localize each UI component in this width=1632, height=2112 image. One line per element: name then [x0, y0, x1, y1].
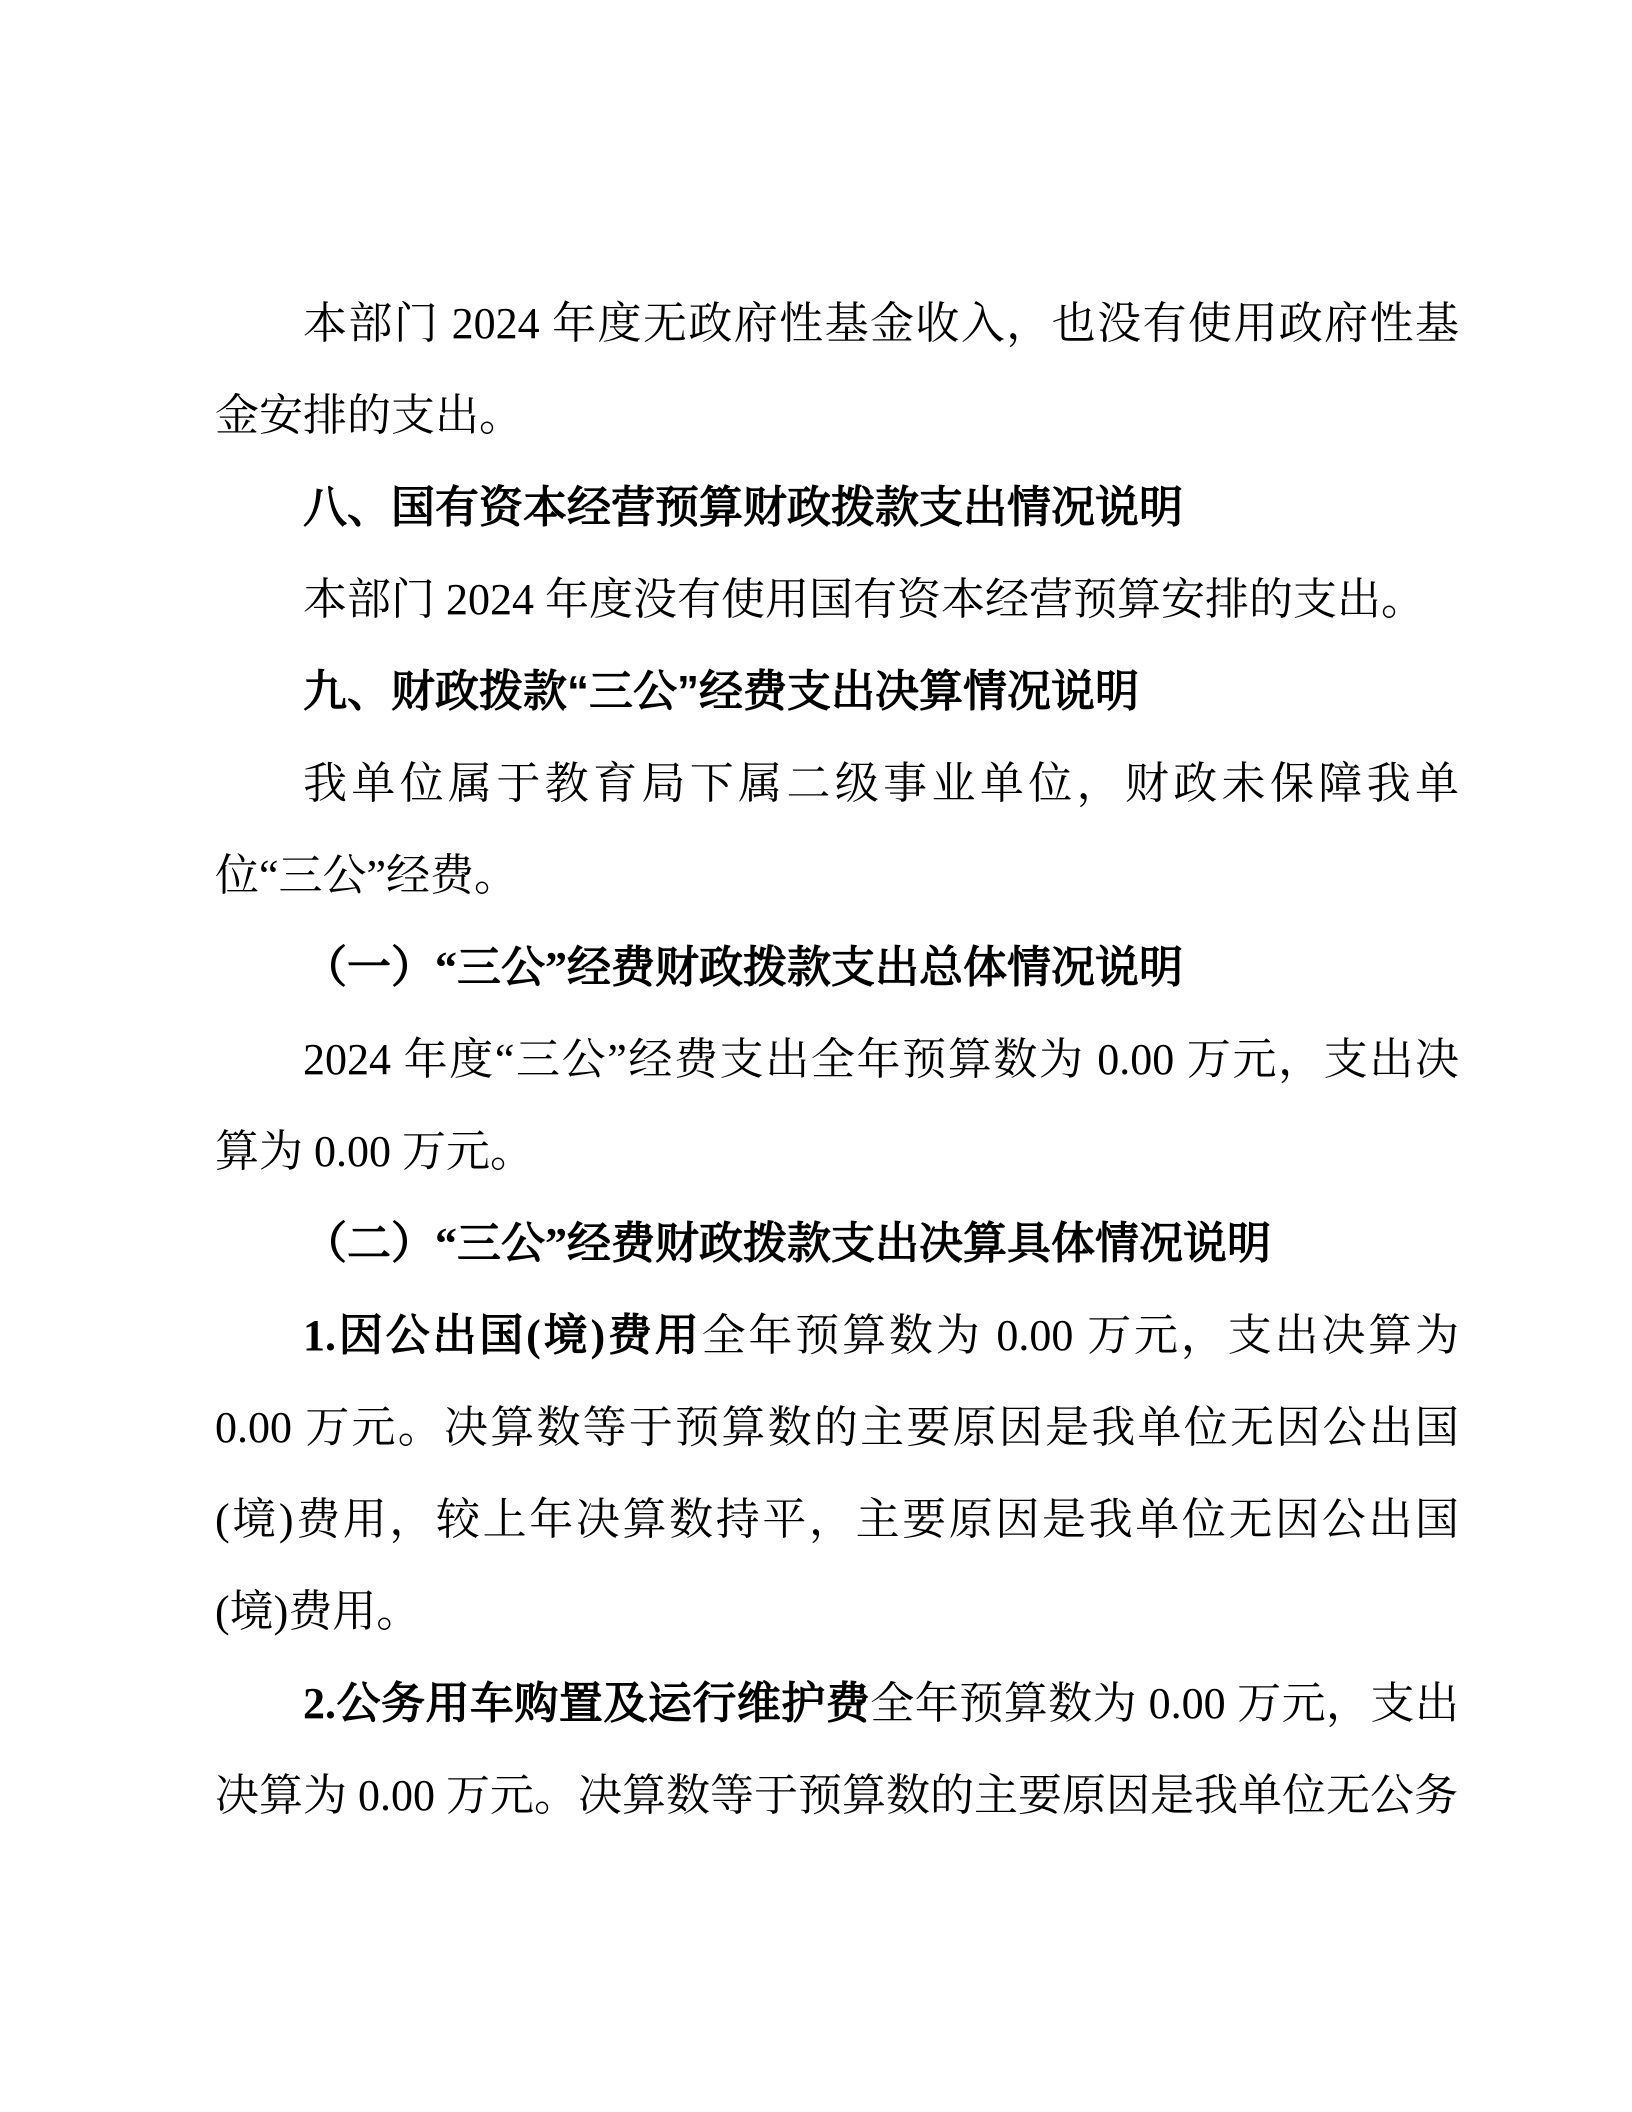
section-heading: 九、财政拨款“三公”经费支出决算情况说明 [215, 646, 1459, 738]
document-page: 本部门 2024 年度无政府性基金收入，也没有使用政府性基金安排的支出。八、国有… [0, 0, 1632, 2112]
paragraph-text: 本部门 2024 年度无政府性基金收入，也没有使用政府性基金安排的支出。 [215, 299, 1459, 440]
body-paragraph: 我单位属于教育局下属二级事业单位，财政未保障我单位“三公”经费。 [215, 738, 1459, 922]
paragraph-text: 2024 年度“三公”经费支出全年预算数为 0.00 万元，支出决算为 0.00… [215, 1035, 1459, 1176]
section-heading: （一）“三公”经费财政拨款支出总体情况说明 [215, 922, 1459, 1014]
body-paragraph: 本部门 2024 年度没有使用国有资本经营预算安排的支出。 [215, 554, 1459, 646]
document-content: 本部门 2024 年度无政府性基金收入，也没有使用政府性基金安排的支出。八、国有… [0, 0, 1632, 1842]
section-heading: （二）“三公”经费财政拨款支出决算具体情况说明 [215, 1198, 1459, 1290]
body-paragraph: 2.公务用车购置及运行维护费全年预算数为 0.00 万元，支出决算为 0.00 … [215, 1658, 1459, 1842]
paragraph-bold-lead: 2.公务用车购置及运行维护费 [303, 1679, 870, 1728]
paragraph-text: （一）“三公”经费财政拨款支出总体情况说明 [303, 943, 1183, 992]
body-paragraph: 1.因公出国(境)费用全年预算数为 0.00 万元，支出决算为 0.00 万元。… [215, 1290, 1459, 1658]
section-heading: 八、国有资本经营预算财政拨款支出情况说明 [215, 462, 1459, 554]
body-paragraph: 本部门 2024 年度无政府性基金收入，也没有使用政府性基金安排的支出。 [215, 278, 1459, 462]
paragraph-bold-lead: 1.因公出国(境)费用 [303, 1311, 702, 1360]
body-paragraph: 2024 年度“三公”经费支出全年预算数为 0.00 万元，支出决算为 0.00… [215, 1014, 1459, 1198]
paragraph-text: 我单位属于教育局下属二级事业单位，财政未保障我单位“三公”经费。 [215, 759, 1459, 900]
paragraph-text: 八、国有资本经营预算财政拨款支出情况说明 [303, 483, 1183, 532]
paragraph-text: 本部门 2024 年度没有使用国有资本经营预算安排的支出。 [303, 575, 1425, 624]
paragraph-text: （二）“三公”经费财政拨款支出决算具体情况说明 [303, 1219, 1271, 1268]
paragraph-text: 九、财政拨款“三公”经费支出决算情况说明 [303, 667, 1139, 716]
